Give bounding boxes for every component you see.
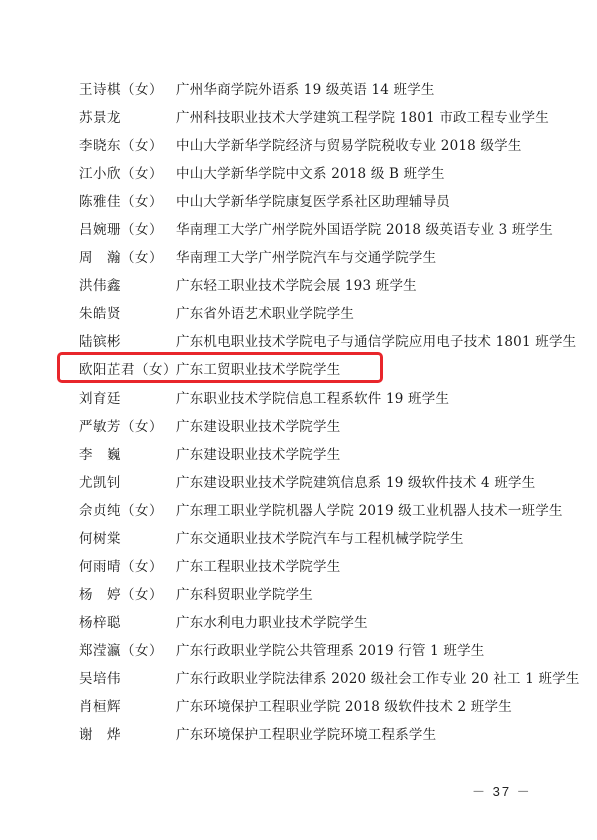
person-name: 何雨晴（女） (79, 555, 176, 579)
person-description: 广东科贸职业学院学生 (176, 583, 539, 607)
person-description: 广州华商学院外语系 19 级英语 14 班学生 (176, 78, 539, 102)
person-description: 广东轻工职业技术学院会展 193 班学生 (176, 274, 539, 298)
person-description: 广东行政职业学院法律系 2020 级社会工作专业 20 社工 1 班学生 (176, 667, 580, 691)
person-name: 杨 婷（女） (79, 583, 176, 607)
person-name: 吕婉珊（女） (79, 218, 176, 242)
person-description: 广东职业技术学院信息工程系软件 19 班学生 (176, 387, 539, 411)
list-item: 何树棠广东交通职业技术学院汽车与工程机械学院学生 (79, 525, 539, 553)
person-name: 吴培伟 (79, 667, 176, 691)
person-name: 杨梓聪 (79, 611, 176, 635)
person-description: 广东机电职业技术学院电子与通信学院应用电子技术 1801 班学生 (176, 330, 576, 354)
person-description: 广东交通职业技术学院汽车与工程机械学院学生 (176, 527, 539, 551)
person-description: 广州科技职业技术大学建筑工程学院 1801 市政工程专业学生 (176, 106, 549, 130)
person-name: 陆镔彬 (79, 330, 176, 354)
person-description: 广东环境保护工程职业学院环境工程系学生 (176, 723, 539, 747)
person-description: 华南理工大学广州学院外国语学院 2018 级英语专业 3 班学生 (176, 218, 553, 242)
list-item: 尤凯钊广东建设职业技术学院建筑信息系 19 级软件技术 4 班学生 (79, 469, 539, 497)
list-item: 刘育廷广东职业技术学院信息工程系软件 19 班学生 (79, 385, 539, 413)
person-description: 广东水利电力职业技术学院学生 (176, 611, 539, 635)
list-item: 杨梓聪广东水利电力职业技术学院学生 (79, 609, 539, 637)
list-item: 郑滢瀛（女）广东行政职业学院公共管理系 2019 行管 1 班学生 (79, 637, 539, 665)
person-name: 李 巍 (79, 443, 176, 467)
person-description: 华南理工大学广州学院汽车与交通学院学生 (176, 246, 539, 270)
list-item: 何雨晴（女）广东工程职业技术学院学生 (79, 553, 539, 581)
person-name: 郑滢瀛（女） (79, 639, 176, 663)
list-item: 严敏芳（女）广东建设职业技术学院学生 (79, 413, 539, 441)
person-description: 广东工程职业技术学院学生 (176, 555, 539, 579)
person-name: 洪伟鑫 (79, 274, 176, 298)
list-item: 佘贞纯（女）广东理工职业学院机器人学院 2019 级工业机器人技术一班学生 (79, 497, 539, 525)
list-item: 谢 烨广东环境保护工程职业学院环境工程系学生 (79, 721, 539, 749)
person-name: 江小欣（女） (79, 162, 176, 186)
list-item: 吕婉珊（女）华南理工大学广州学院外国语学院 2018 级英语专业 3 班学生 (79, 216, 539, 244)
page-number: － 37 － (472, 781, 532, 800)
person-name: 肖桓辉 (79, 695, 176, 719)
list-item: 吴培伟广东行政职业学院法律系 2020 级社会工作专业 20 社工 1 班学生 (79, 665, 539, 693)
person-description: 广东理工职业学院机器人学院 2019 级工业机器人技术一班学生 (176, 499, 563, 523)
list-item: 陈雅佳（女）中山大学新华学院康复医学系社区助理辅导员 (79, 188, 539, 216)
person-name: 苏景龙 (79, 106, 176, 130)
name-list: 王诗棋（女）广州华商学院外语系 19 级英语 14 班学生 苏景龙广州科技职业技… (79, 76, 539, 749)
list-item: 李晓东（女）中山大学新华学院经济与贸易学院税收专业 2018 级学生 (79, 132, 539, 160)
person-name: 严敏芳（女） (79, 415, 176, 439)
person-name: 尤凯钊 (79, 471, 176, 495)
list-item: 肖桓辉广东环境保护工程职业学院 2018 级软件技术 2 班学生 (79, 693, 539, 721)
list-item: 江小欣（女）中山大学新华学院中文系 2018 级 B 班学生 (79, 160, 539, 188)
person-description: 广东建设职业技术学院学生 (176, 443, 539, 467)
person-description: 广东环境保护工程职业学院 2018 级软件技术 2 班学生 (176, 695, 539, 719)
list-item: 洪伟鑫广东轻工职业技术学院会展 193 班学生 (79, 272, 539, 300)
person-name: 李晓东（女） (79, 134, 176, 158)
document-page: 王诗棋（女）广州华商学院外语系 19 级英语 14 班学生 苏景龙广州科技职业技… (0, 0, 597, 840)
list-item: 王诗棋（女）广州华商学院外语系 19 级英语 14 班学生 (79, 76, 539, 104)
person-name: 朱皓贤 (79, 302, 176, 326)
person-name: 刘育廷 (79, 387, 176, 411)
person-description: 广东省外语艺术职业学院学生 (176, 302, 539, 326)
list-item: 李 巍广东建设职业技术学院学生 (79, 441, 539, 469)
person-name: 佘贞纯（女） (79, 499, 176, 523)
list-item: 苏景龙广州科技职业技术大学建筑工程学院 1801 市政工程专业学生 (79, 104, 539, 132)
person-description: 中山大学新华学院经济与贸易学院税收专业 2018 级学生 (176, 134, 539, 158)
list-item: 朱皓贤广东省外语艺术职业学院学生 (79, 300, 539, 328)
person-name: 周 瀚（女） (79, 246, 176, 270)
person-name: 何树棠 (79, 527, 176, 551)
list-item: 杨 婷（女）广东科贸职业学院学生 (79, 581, 539, 609)
person-description: 广东行政职业学院公共管理系 2019 行管 1 班学生 (176, 639, 539, 663)
person-name: 王诗棋（女） (79, 78, 176, 102)
person-name: 陈雅佳（女） (79, 190, 176, 214)
person-description: 广东建设职业技术学院学生 (176, 415, 539, 439)
list-item: 周 瀚（女）华南理工大学广州学院汽车与交通学院学生 (79, 244, 539, 272)
red-highlight-box (57, 352, 383, 383)
person-description: 广东建设职业技术学院建筑信息系 19 级软件技术 4 班学生 (176, 471, 539, 495)
person-description: 中山大学新华学院中文系 2018 级 B 班学生 (176, 162, 539, 186)
person-description: 中山大学新华学院康复医学系社区助理辅导员 (176, 190, 539, 214)
person-name: 谢 烨 (79, 723, 176, 747)
